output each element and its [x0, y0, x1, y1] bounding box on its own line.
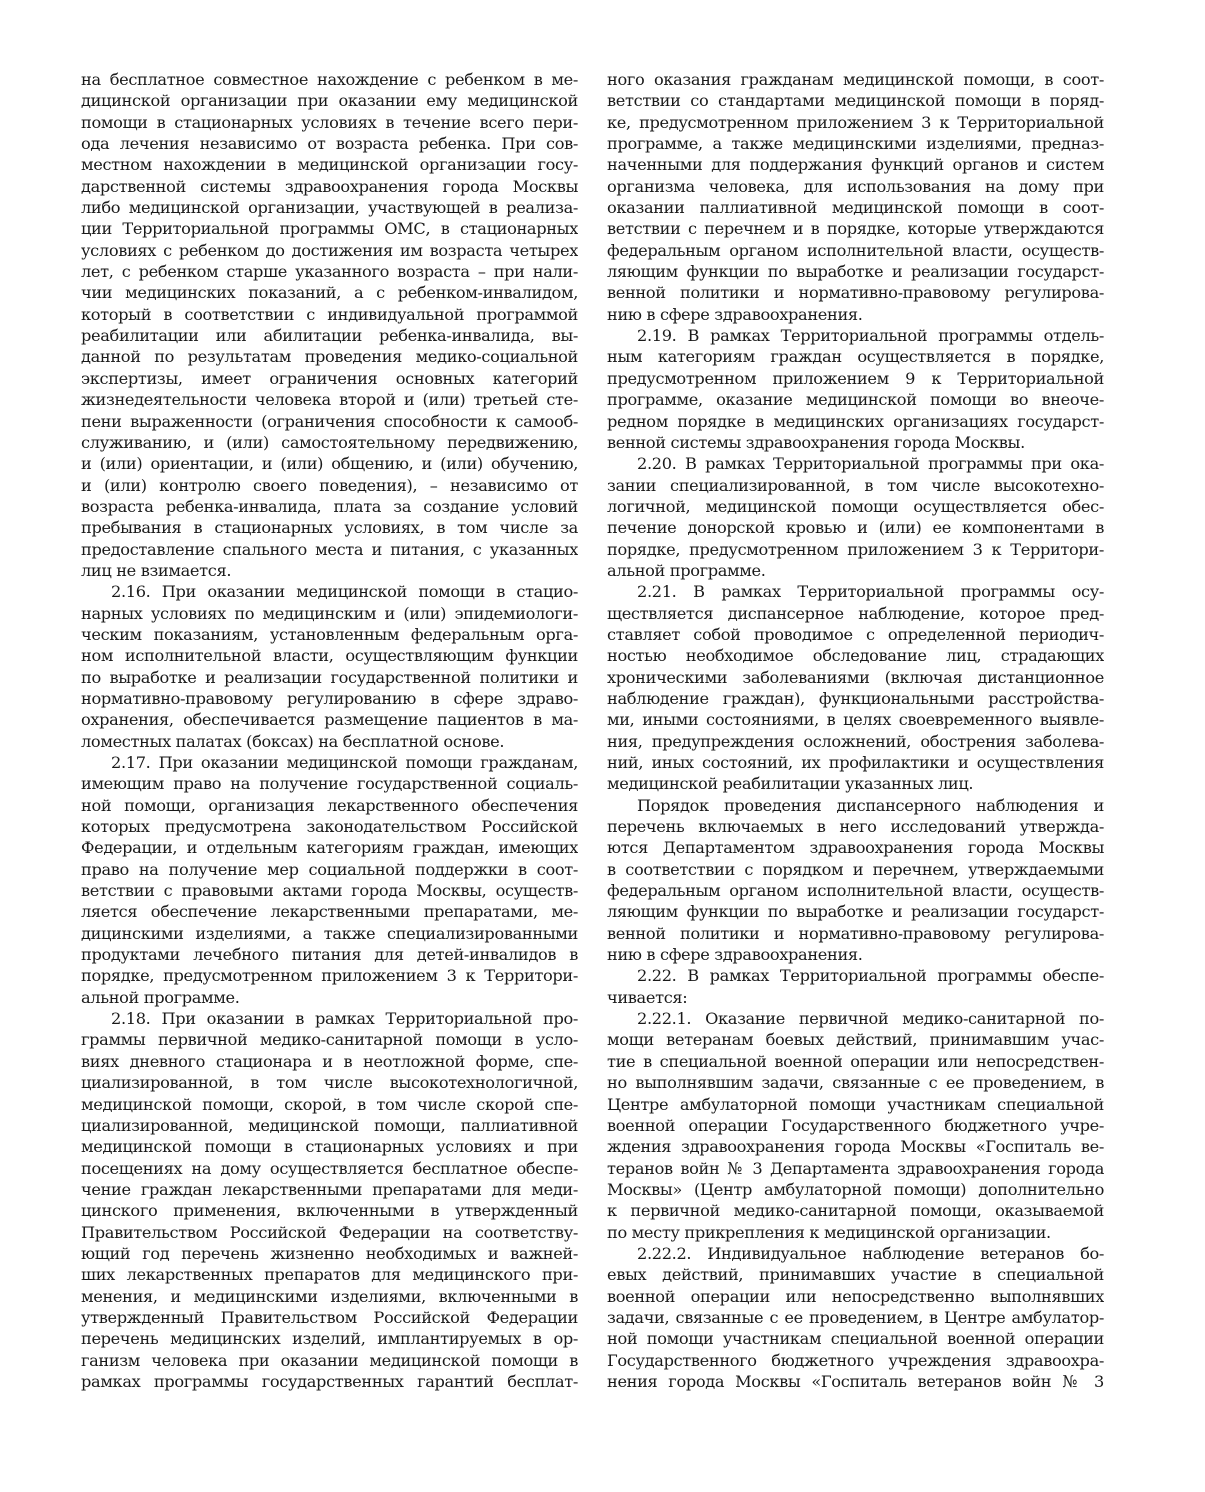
text-line: нения города Москвы «Госпиталь ветеранов… [607, 1371, 1104, 1392]
text-line: охранения, обеспечивается размещение пац… [81, 709, 578, 730]
text-line: программе, оказание медицинской помощи в… [607, 389, 1104, 410]
text-line: медицинской помощи, скорой, в том числе … [81, 1094, 578, 1115]
paragraph-start-line: Порядок проведения диспансерного наблюде… [607, 795, 1104, 816]
text-line: хроническими заболеваниями (включая дист… [607, 667, 1104, 688]
text-line: тие в специальной военной операции или н… [607, 1051, 1104, 1072]
text-line: ломестных палатах (боксах) на бесплатной… [81, 731, 578, 752]
text-line: ются Департаментом здравоохранения город… [607, 837, 1104, 858]
text-line: ческим показаниям, установленным федерал… [81, 624, 578, 645]
text-line: рамках программы государственных гаранти… [81, 1371, 578, 1392]
text-line: жизнедеятельности человека второй и (или… [81, 389, 578, 410]
text-line: ной помощи участникам специальной военно… [607, 1328, 1104, 1349]
text-line: возраста ребенка-инвалида, плата за созд… [81, 496, 578, 517]
text-line: логичной, медицинской помощи осуществляе… [607, 496, 1104, 517]
paragraph-start-line: 2.20. В рамках Территориальной программы… [607, 453, 1104, 474]
paragraph-start-line: 2.22.2. Индивидуальное наблюдение ветера… [607, 1243, 1104, 1264]
paragraph-start-line: 2.22. В рамках Территориальной программы… [607, 965, 1104, 986]
text-line: который в соответствии с индивидуальной … [81, 304, 578, 325]
text-line: Государственного бюджетного учреждения з… [607, 1350, 1104, 1371]
text-line: нию в сфере здравоохранения. [607, 944, 1104, 965]
text-line: нарных условиях по медицинским и (или) э… [81, 603, 578, 624]
text-line: организма человека, для использования на… [607, 176, 1104, 197]
text-line: продуктами лечебного питания для детей-и… [81, 944, 578, 965]
text-line: венной политики и нормативно-правовому р… [607, 282, 1104, 303]
text-line: ставляет собой проводимое с определенной… [607, 624, 1104, 645]
document-page: на бесплатное совместное нахождение с ре… [0, 0, 1205, 1492]
text-line: зании специализированной, в том числе вы… [607, 475, 1104, 496]
text-line: чение граждан лекарственными препаратами… [81, 1179, 578, 1200]
text-line: ции Территориальной программы ОМС, в ста… [81, 218, 578, 239]
text-line: ществляется диспансерное наблюдение, кот… [607, 603, 1104, 624]
text-line: венной системы здравоохранения города Мо… [607, 432, 1104, 453]
text-line: альной программе. [607, 560, 1104, 581]
text-line: печение донорской кровью и (или) ее комп… [607, 517, 1104, 538]
text-line: ния, предупреждения осложнений, обострен… [607, 731, 1104, 752]
text-line: по выработке и реализации государственно… [81, 667, 578, 688]
text-line: имеющим право на получение государственн… [81, 773, 578, 794]
text-line: теранов войн № 3 Департамента здравоохра… [607, 1158, 1104, 1179]
right-text-column: ного оказания гражданам медицинской помо… [607, 69, 1104, 1392]
text-line: программе, а также медицинскими изделиям… [607, 133, 1104, 154]
text-line: ном исполнительной власти, осуществляющи… [81, 645, 578, 666]
text-line: предоставление спального места и питания… [81, 539, 578, 560]
text-line: реабилитации или абилитации ребенка-инва… [81, 325, 578, 346]
text-line: ляющим функции по выработке и реализации… [607, 901, 1104, 922]
text-line: ших лекарственных препаратов для медицин… [81, 1264, 578, 1285]
text-line: которых предусмотрена законодательством … [81, 816, 578, 837]
text-line: ветствии с правовыми актами города Москв… [81, 880, 578, 901]
text-line: лиц не взимается. [81, 560, 578, 581]
text-line: федеральным органом исполнительной власт… [607, 880, 1104, 901]
paragraph-start-line: 2.22.1. Оказание первичной медико-санита… [607, 1008, 1104, 1029]
left-text-column: на бесплатное совместное нахождение с ре… [81, 69, 578, 1392]
text-line: нию в сфере здравоохранения. [607, 304, 1104, 325]
text-line: ганизм человека при оказании медицинской… [81, 1350, 578, 1371]
text-line: ной помощи, организация лекарственного о… [81, 795, 578, 816]
text-line: задачи, связанные с ее проведением, в Це… [607, 1307, 1104, 1328]
text-line: перечень включаемых в него исследований … [607, 816, 1104, 837]
text-line: граммы первичной медико-санитарной помощ… [81, 1029, 578, 1050]
text-line: либо медицинской организации, участвующе… [81, 197, 578, 218]
text-line: циализированной, медицинской помощи, пал… [81, 1115, 578, 1136]
text-line: Правительством Российской Федерации на с… [81, 1222, 578, 1243]
text-line: ного оказания гражданам медицинской помо… [607, 69, 1104, 90]
text-line: венной политики и нормативно-правовому р… [607, 923, 1104, 944]
text-line: ностью необходимое обследование лиц, стр… [607, 645, 1104, 666]
text-line: ке, предусмотренном приложением 3 к Терр… [607, 112, 1104, 133]
paragraph-start-line: 2.17. При оказании медицинской помощи гр… [81, 752, 578, 773]
text-line: в соответствии с порядком и перечнем, ут… [607, 859, 1104, 880]
text-line: циализированной, в том числе высокотехно… [81, 1072, 578, 1093]
text-line: оказании паллиативной медицинской помощи… [607, 197, 1104, 218]
text-line: мощи ветеранам боевых действий, принимав… [607, 1029, 1104, 1050]
text-line: условиях с ребенком до достижения им воз… [81, 240, 578, 261]
text-line: чии медицинских показаний, а с ребенком-… [81, 282, 578, 303]
paragraph-start-line: 2.19. В рамках Территориальной программы… [607, 325, 1104, 346]
paragraph-start-line: 2.18. При оказании в рамках Территориаль… [81, 1008, 578, 1029]
text-line: по месту прикрепления к медицинской орга… [607, 1222, 1104, 1243]
text-line: лет, с ребенком старше указанного возрас… [81, 261, 578, 282]
text-line: на бесплатное совместное нахождение с ре… [81, 69, 578, 90]
text-line: и (или) контролю своего поведения), – не… [81, 475, 578, 496]
text-line: ляющим функции по выработке и реализации… [607, 261, 1104, 282]
paragraph-start-line: 2.21. В рамках Территориальной программы… [607, 581, 1104, 602]
text-line: помощи в стационарных условиях в течение… [81, 112, 578, 133]
text-line: виях дневного стационара и в неотложной … [81, 1051, 578, 1072]
text-line: ветствии со стандартами медицинской помо… [607, 90, 1104, 111]
text-line: местном нахождении в медицинской организ… [81, 154, 578, 175]
text-line: нормативно-правовому регулированию в сфе… [81, 688, 578, 709]
text-line: дарственной системы здравоохранения горо… [81, 176, 578, 197]
text-line: Москвы» (Центр амбулаторной помощи) допо… [607, 1179, 1104, 1200]
text-line: ющий год перечень жизненно необходимых и… [81, 1243, 578, 1264]
text-line: цинского применения, включенными в утвер… [81, 1200, 578, 1221]
text-line: военной операции Государственного бюджет… [607, 1115, 1104, 1136]
text-line: посещениях на дому осуществляется беспла… [81, 1158, 578, 1179]
text-line: федеральным органом исполнительной власт… [607, 240, 1104, 261]
text-line: порядке, предусмотренном приложением 3 к… [81, 965, 578, 986]
text-line: служиванию, и (или) самостоятельному пер… [81, 432, 578, 453]
text-line: предусмотренном приложением 9 к Территор… [607, 368, 1104, 389]
text-line: чивается: [607, 987, 1104, 1008]
text-line: пребывания в стационарных условиях, в то… [81, 517, 578, 538]
text-line: ляется обеспечение лекарственными препар… [81, 901, 578, 922]
text-line: ным категориям граждан осуществляется в … [607, 346, 1104, 367]
text-line: Федерации, и отдельным категориям гражда… [81, 837, 578, 858]
text-line: право на получение мер социальной поддер… [81, 859, 578, 880]
text-line: перечень медицинских изделий, имплантиру… [81, 1328, 578, 1349]
text-line: менения, и медицинскими изделиями, включ… [81, 1286, 578, 1307]
text-line: порядке, предусмотренном приложением 3 к… [607, 539, 1104, 560]
text-line: ми, иными состояниями, в целях своевреме… [607, 709, 1104, 730]
text-line: данной по результатам проведения медико-… [81, 346, 578, 367]
text-line: альной программе. [81, 987, 578, 1008]
paragraph-start-line: 2.16. При оказании медицинской помощи в … [81, 581, 578, 602]
text-line: евых действий, принимавших участие в спе… [607, 1264, 1104, 1285]
text-line: ветствии с перечнем и в порядке, которые… [607, 218, 1104, 239]
text-line: ний, иных состояний, их профилактики и о… [607, 752, 1104, 773]
text-line: редном порядке в медицинских организация… [607, 411, 1104, 432]
text-line: медицинской помощи в стационарных услови… [81, 1136, 578, 1157]
text-line: пени выраженности (ограничения способнос… [81, 411, 578, 432]
text-line: Центре амбулаторной помощи участникам сп… [607, 1094, 1104, 1115]
text-line: утвержденный Правительством Российской Ф… [81, 1307, 578, 1328]
text-line: экспертизы, имеет ограничения основных к… [81, 368, 578, 389]
text-line: и (или) ориентации, и (или) общению, и (… [81, 453, 578, 474]
text-line: наблюдение граждан), функциональными рас… [607, 688, 1104, 709]
text-line: военной операции или непосредственно вып… [607, 1286, 1104, 1307]
text-line: медицинской реабилитации указанных лиц. [607, 773, 1104, 794]
text-line: к первичной медико-санитарной помощи, ок… [607, 1200, 1104, 1221]
text-line: ода лечения независимо от возраста ребен… [81, 133, 578, 154]
text-line: дицинской организации при оказании ему м… [81, 90, 578, 111]
text-line: но выполнявшим задачи, связанные с ее пр… [607, 1072, 1104, 1093]
text-line: наченными для поддержания функций органо… [607, 154, 1104, 175]
text-line: дицинскими изделиями, а также специализи… [81, 923, 578, 944]
text-line: ждения здравоохранения города Москвы «Го… [607, 1136, 1104, 1157]
